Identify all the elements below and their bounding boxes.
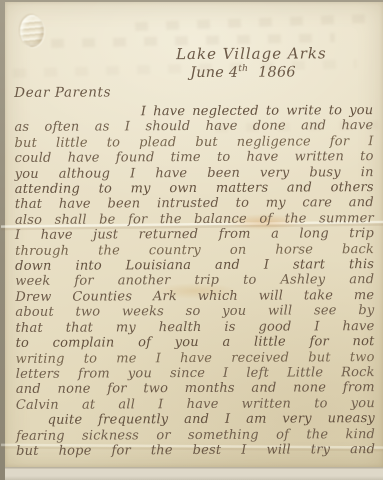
letter-line: could have found time to have written to — [15, 149, 374, 166]
letter-line: about two weeks so you will see by — [15, 303, 374, 320]
letter-body: I have neglected to write to youas often… — [14, 103, 375, 459]
letter-line: that that my health is good I have — [15, 319, 374, 336]
letter-line: that have been intrusted to my care and — [15, 195, 374, 212]
dateline: Lake Village Arks June 4th1866 — [14, 43, 373, 84]
scanned-letter: Lake Village Arks June 4th1866 Dear Pare… — [0, 0, 383, 480]
letter-line: as often as I should have done and have — [14, 118, 373, 135]
letter-text: Lake Village Arks June 4th1866 Dear Pare… — [4, 1, 383, 468]
letter-line: I have just returned from a long trip — [15, 226, 374, 243]
salutation: Dear Parents — [14, 83, 373, 102]
letter-line: letters from you since I left Little Roc… — [16, 365, 375, 382]
dateline-place: Lake Village Arks — [176, 43, 373, 64]
dateline-year: 1866 — [258, 64, 296, 80]
dateline-ordinal: th — [238, 64, 248, 74]
dateline-day: June 4 — [190, 65, 238, 81]
letter-line: but hope for the best I will try and — [16, 442, 375, 459]
letter-line: to complain of you a little for not — [16, 334, 375, 351]
letter-line: fearing sickness or something of the kin… — [16, 427, 375, 444]
letter-line: writing to me I have received but two — [16, 350, 375, 367]
dateline-date: June 4th1866 — [190, 63, 373, 83]
letter-line: Calvin at all I have written to you — [16, 396, 375, 413]
page-beneath-edge — [5, 466, 383, 480]
letter-page: Lake Village Arks June 4th1866 Dear Pare… — [5, 2, 383, 467]
letter-line: quite frequently and I am very uneasy — [16, 411, 375, 428]
letter-line: week for another trip to Ashley and — [15, 273, 374, 290]
letter-line: and none for two months and none from — [16, 380, 375, 397]
letter-line: Drew Counties Ark which will take me — [15, 288, 374, 305]
